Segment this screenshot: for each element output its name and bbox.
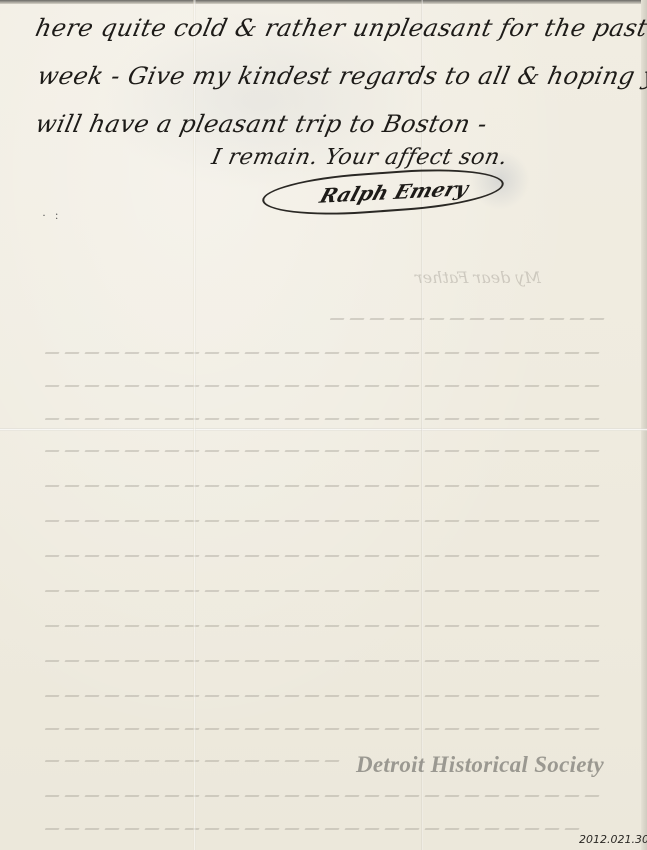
- watermark: Detroit Historical Society: [356, 752, 604, 778]
- bleed-salutation: My dear Father: [415, 268, 541, 287]
- horizontal-fold-crease: [0, 428, 647, 431]
- handwritten-line-2: week - Give my kindest regards to all & …: [35, 62, 647, 90]
- letter-page: My dear Father here quite cold & rather …: [0, 0, 647, 850]
- catalog-number: 2012.021.300: [579, 833, 647, 846]
- ink-specks: · :: [42, 208, 61, 223]
- handwritten-line-1: here quite cold & rather unpleasant for …: [33, 14, 647, 42]
- handwritten-line-3: will have a pleasant trip to Boston -: [33, 110, 490, 138]
- letter-closing: I remain. Your affect son.: [209, 145, 510, 170]
